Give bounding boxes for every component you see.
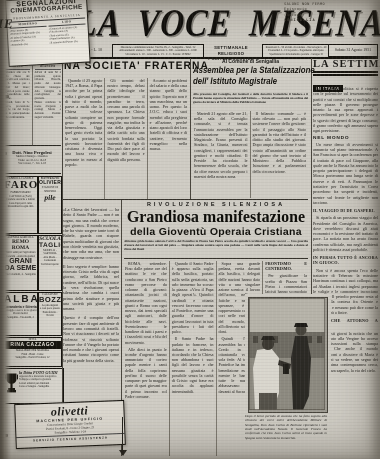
week-title-rule <box>313 71 378 74</box>
gerenza-line: Un numero L. 10 - Arretrato L. 15 - C. C… <box>115 53 201 56</box>
lead-frontismo: FRONTISMO E CENTRISMO. <box>265 261 307 271</box>
assemblea-col-1: Martedì 21 agosto alle ore 21, nella sal… <box>192 111 250 198</box>
cinema-col-moderno: MODERNO «Riso amaro» (E)«Domani è troppo… <box>9 21 47 46</box>
torn-page-letters: IE <box>0 16 14 32</box>
ceremony-photo-image <box>249 298 325 410</box>
cinema-insert: SEGNALAZIONI CINEMATOGRAFICHE PROSSIMAME… <box>5 0 91 67</box>
mailing-label: SALONI NON FERMO Episcopio (Ancona) SENI… <box>284 2 374 24</box>
cinema-listing: «Riso amaro» (E)«Domani è troppo tardi» … <box>10 27 48 47</box>
week-lead-persia: IN PERSIA TUTTO È ANCORA IN GIUOCO. <box>313 255 378 265</box>
rail-col-text: All'età di anni 82 è piamente spirato Or… <box>35 71 62 120</box>
week-lead-degasperi: IL VIAGGIO DI DE GASPERI. <box>313 208 375 213</box>
week-column-header: LA SETTIMANA <box>313 59 378 74</box>
assemblea-col-2: Il bilancio comunale — è stato rilevato … <box>250 111 309 198</box>
fraterna-col-1: Quando il 25 agosto 1947, a Roma, il Pap… <box>63 78 104 199</box>
section-rule <box>63 199 308 200</box>
article-fraterna-body: Quando il 25 agosto 1947, a Roma, il Pap… <box>63 78 189 199</box>
sommario-manifestazione: Altissime grida hanno salutato l'arrivo … <box>124 239 308 256</box>
date-box: Sabato 31 Agosto 1951 <box>328 44 378 57</box>
page-spine-shadow <box>0 0 11 459</box>
inserzioni-line: Spedizione in abbonamento postale - Grup… <box>265 53 327 56</box>
newspaper-page: IE SALONI NON FERMO Episcopio (Ancona) S… <box>0 0 380 459</box>
ad-taglio-taglio: TAGLIO <box>39 242 61 249</box>
fraterna-col-2: Gli uomini del nostro tempo, delusi dall… <box>104 78 146 199</box>
fraterna-cont-text: «La Chiesa dei lavoratori — ha detto il … <box>63 207 119 363</box>
ceremony-photo <box>248 297 328 413</box>
cinema-col-lido: LIDO «Cronaca di un amore» (A)«Vita da c… <box>48 19 86 44</box>
article-assemblea-body: Martedì 21 agosto alle ore 21, nella sal… <box>192 111 308 198</box>
ad-olivieri-lines: STAZIONE DISERVIZIO <box>39 186 61 193</box>
ad-olivetti: olivetti MACCHINE PER UFFICIO Concession… <box>14 400 126 449</box>
manifestazione-col-1: ROMA, settembre. Fino dalle prime ore de… <box>123 261 169 456</box>
mailing-line: SENIGALLIA <box>284 18 374 23</box>
manifestazione-col-2: Quando il Santo Padre è apparso sulla so… <box>169 261 216 456</box>
doctor-notice: Dott. Nino Pergolesi Medico Chirurgo - O… <box>3 148 61 174</box>
section-rule <box>124 258 308 259</box>
cinema-listing: «Cronaca di un amore» (A)«Vita da cani» … <box>49 25 87 45</box>
column-rule <box>190 58 191 199</box>
fraterna-col-3: Accanto ai problemi del salario e della … <box>147 78 189 199</box>
doctor-details: Medico Chirurgo - OstetricoVisite: ore 1… <box>3 155 61 166</box>
week-title: LA SETTIMANA <box>313 59 378 70</box>
article-fraterna-cont: «La Chiesa dei lavoratori — ha detto il … <box>63 203 119 399</box>
photo-caption: Dopo il breve periodo di vacanza che ha … <box>245 414 327 456</box>
rail-news: CHIESE NOSTRE Domenica alle ore 8 nella … <box>3 61 61 146</box>
week-in-italia: La settimana politica si è riaperta con … <box>313 86 378 133</box>
ad-bozzi: CALZATURE BOZZI Le più elegantia così po… <box>38 292 62 336</box>
ad-cazzago-name: RINA CAZZAGO <box>4 341 61 349</box>
ad-taglio-lines: MODELLI - SARTORIAAlta Moda - Confezioni… <box>39 249 61 266</box>
headline-manifestazione-sub: della Gioventù Operaia Cristiana <box>124 226 308 238</box>
ad-bozzi-name: BOZZI <box>39 296 61 304</box>
nel-mondo-label: NEL MONDO <box>313 136 378 141</box>
ad-olivieri-pile: pile <box>39 193 61 202</box>
headline-assemblea: Assemblea per la Statalizzazione dell' I… <box>193 66 287 88</box>
sommario-assemblea: Alla presenza del Consiglio, dei Genitor… <box>193 92 308 109</box>
headline-assemblea-line2: dell' Istituto Magistrale <box>193 77 287 88</box>
week-nel-mondo: Un mese denso di avvenimenti si annuncia… <box>313 142 378 205</box>
ad-bozzi-lines: Le più elegantia così poco prezzoPantofo… <box>39 304 61 318</box>
ad-foto-lines: Apparecchi e materiale fotograficoSvilup… <box>19 375 58 389</box>
ad-olivieri: ELETTRAUTO OLIVIERI STAZIONE DISERVIZIO … <box>38 176 62 234</box>
rail-col: ORLANDO BIANCHI All'età di anni 82 è pia… <box>32 61 62 145</box>
ad-cazzago: DITTA RINA CAZZAGO MAGLIERIE PER SIGNORA… <box>3 337 62 367</box>
ad-scuola-taglio: SCUOLA TAGLIO MODELLI - SARTORIAAlta Mod… <box>38 235 62 291</box>
ad-foto-guidi: la Ditta FOTO GUIDI Apparecchi e materia… <box>3 368 64 404</box>
ad-cazzago-lines: MAGLIERIE PER SIGNORAFilati - Busti - Ca… <box>4 349 61 359</box>
fold-mark-tip <box>119 450 127 456</box>
headline-manifestazione: Grandiosa manifestazione <box>127 209 305 226</box>
week-lead-degasperi-body: Si riparla di un prossimo viaggio del Pr… <box>313 215 378 252</box>
tagline-line: SETTIMANALE RELIGIOSO <box>203 45 259 56</box>
